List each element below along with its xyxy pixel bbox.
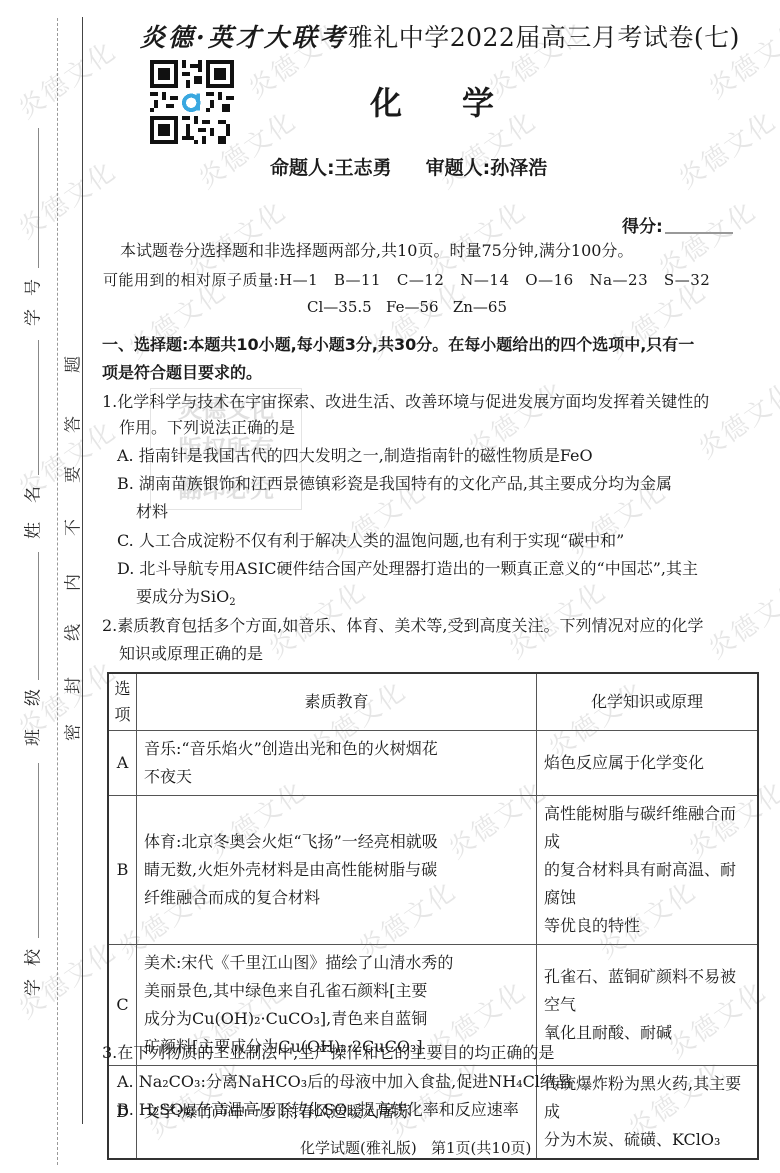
option-d[interactable]: D. 北斗导航专用ASIC硬件结合国产处理器打造出的一颗真正意义的“中国芯”,其…	[117, 561, 698, 577]
cell-line: 睛无数,火炬外壳材料是由高性能树脂与碳	[144, 856, 529, 884]
score-label: 得分:	[622, 217, 663, 237]
score-blank[interactable]	[665, 232, 733, 234]
stem-text: 化学科学与技术在宇宙探索、改进生活、改善环境与促进发展方面均发挥着关键性的	[117, 392, 709, 411]
watermark: 炎德文化	[670, 101, 780, 196]
option-d-cont: 要成分为SiO2	[136, 589, 236, 605]
cell-line: 体育:北京冬奥会火炬“飞扬”一经亮相就吸	[144, 828, 529, 856]
author: 命题人:王志勇	[270, 157, 392, 179]
stem-text: 在下列物质的工业制法中,生产操作和它的主要目的均正确的是	[117, 1043, 554, 1062]
seal-char: 线	[59, 622, 84, 644]
subject-title: 化学	[370, 78, 554, 124]
table-header-row: 选项 素质教育 化学知识或原理	[108, 673, 758, 731]
exam-name: 雅礼中学2022届高三月考试卷(七)	[348, 23, 740, 52]
option-c[interactable]: C. 人工合成淀粉不仅有利于解决人类的温饱问题,也有利于实现“碳中和”	[117, 533, 624, 549]
education-cell: 音乐:“音乐焰火”创造出光和色的火树烟花不夜天	[137, 731, 537, 796]
cell-line: 美丽景色,其中绿色来自孔雀石颜料[主要	[144, 977, 529, 1005]
class-label-char: 级	[19, 687, 44, 709]
option-a[interactable]: A. 指南针是我国古代的四大发明之一,制造指南针的磁性物质是FeO	[117, 448, 593, 464]
seal-char: 内	[59, 572, 84, 594]
atomic-mass-label: 可能用到的相对原子质量:	[103, 271, 279, 289]
principle-cell: 焰色反应属于化学变化	[537, 731, 759, 796]
cell-line: 高性能树脂与碳纤维融合而成	[544, 800, 750, 856]
watermark: 炎德文化	[690, 371, 780, 466]
question-number: 3.	[102, 1043, 117, 1062]
option-b[interactable]: B. 湖南苗族银饰和江西景德镇彩瓷是我国特有的文化产品,其主要成分均为金属	[117, 476, 672, 492]
option-label: B	[108, 796, 137, 945]
cell-line: 等优良的特性	[544, 912, 750, 940]
brand-name: 炎德·英才大联考	[140, 23, 348, 52]
seal-char: 要	[59, 464, 84, 486]
stem-text: 素质教育包括多个方面,如音乐、体育、美术等,受到高度关注。下列情况对应的化学	[117, 616, 703, 635]
cell-line: 传统爆炸粉为黑火药,其主要成	[544, 1070, 750, 1126]
qr-code-icon[interactable]	[150, 60, 234, 144]
column-header: 素质教育	[137, 673, 537, 731]
section-heading: 一、选择题:本题共10小题,每小题3分,共30分。在每小题给出的四个选项中,只有…	[102, 337, 694, 353]
text: 要成分为SiO	[136, 587, 229, 606]
table-row[interactable]: B 体育:北京冬奥会火炬“飞扬”一经亮相就吸睛无数,火炬外壳材料是由高性能树脂与…	[108, 796, 758, 945]
option-label: A	[108, 731, 137, 796]
school-field-line[interactable]	[38, 763, 39, 938]
cell-line: 音乐:“音乐焰火”创造出光和色的火树烟花	[144, 735, 529, 763]
cell-line: 焰色反应属于化学变化	[544, 749, 750, 777]
reviewer: 审题人:孙泽浩	[426, 157, 548, 179]
question-stem: 3.在下列物质的工业制法中,生产操作和它的主要目的均正确的是	[102, 1045, 554, 1061]
option-a[interactable]: A. Na₂CO₃:分离NaHCO₃后的母液中加入食盐,促进NH₄Cl结晶	[117, 1074, 572, 1090]
question-number: 2.	[102, 616, 117, 635]
seal-char: 题	[59, 354, 84, 376]
seal-char: 答	[59, 414, 84, 436]
watermark: 炎德文化	[10, 151, 123, 246]
watermark: 炎德文化	[700, 571, 780, 666]
cell-line: 的复合材料具有耐高温、耐腐蚀	[544, 856, 750, 912]
seal-char: 封	[59, 675, 84, 697]
option-b[interactable]: B. H₂SO₄:在高温高压下转化SO₂,提高转化率和反应速率	[117, 1102, 519, 1118]
cell-line: 分为木炭、硫磺、KClO₃	[544, 1126, 750, 1154]
cell-line: 孔雀石、蓝铜矿颜料不易被空气	[544, 963, 750, 1019]
seal-char: 不	[59, 517, 84, 539]
score-field: 得分:	[622, 212, 733, 237]
section-heading: 项是符合题目要求的。	[102, 365, 262, 381]
student-id-field-line[interactable]	[38, 128, 39, 268]
authors: 命题人:王志勇审题人:孙泽浩	[270, 153, 547, 180]
atomic-mass-values: H—1 B—11 C—12 N—14 O—16 Na—23 S—32	[279, 271, 710, 289]
question-stem: 知识或原理正确的是	[119, 646, 263, 662]
margin-line	[82, 17, 83, 1124]
cell-line: 成分为Cu(OH)₂·CuCO₃],青色来自蓝铜	[144, 1005, 529, 1033]
cell-line: 氧化且耐酸、耐碱	[544, 1019, 750, 1047]
column-header: 选项	[108, 673, 137, 731]
name-field-line[interactable]	[38, 340, 39, 475]
option-b-cont: 材料	[136, 504, 168, 520]
atomic-mass-values-row2: Cl—35.5 Fe—56 Zn—65	[307, 300, 507, 315]
principle-cell: 孔雀石、蓝铜矿颜料不易被空气氧化且耐酸、耐碱	[537, 945, 759, 1066]
class-label-char: 班	[19, 727, 44, 749]
class-field-line[interactable]	[38, 552, 39, 680]
cell-line: 美术:宋代《千里江山图》描绘了山清水秀的	[144, 949, 529, 977]
student-id-label-char: 学	[19, 307, 44, 329]
question-stem: 1.化学科学与技术在宇宙探索、改进生活、改善环境与促进发展方面均发挥着关键性的	[102, 394, 709, 410]
school-label-char: 学	[19, 977, 44, 999]
name-label-char: 名	[19, 484, 44, 506]
column-header: 化学知识或原理	[537, 673, 759, 731]
watermark: 炎德文化	[10, 31, 123, 126]
education-cell: 体育:北京冬奥会火炬“飞扬”一经亮相就吸睛无数,火炬外壳材料是由高性能树脂与碳纤…	[137, 796, 537, 945]
student-id-label-char: 号	[19, 277, 44, 299]
seal-char: 密	[59, 722, 84, 744]
cell-line: 不夜天	[144, 763, 529, 791]
principle-cell: 高性能树脂与碳纤维融合而成的复合材料具有耐高温、耐腐蚀等优良的特性	[537, 796, 759, 945]
question-number: 1.	[102, 392, 117, 411]
question-stem: 作用。下列说法正确的是	[119, 420, 295, 436]
intro-text: 本试题卷分选择题和非选择题两部分,共10页。时量75分钟,满分100分。	[120, 243, 633, 259]
table-row[interactable]: A 音乐:“音乐焰火”创造出光和色的火树烟花不夜天 焰色反应属于化学变化	[108, 731, 758, 796]
cell-line: 纤维融合而成的复合材料	[144, 884, 529, 912]
school-label-char: 校	[19, 947, 44, 969]
subscript: 2	[229, 597, 235, 608]
atomic-mass-line: 可能用到的相对原子质量:H—1 B—11 C—12 N—14 O—16 Na—2…	[103, 273, 710, 288]
name-label-char: 姓	[19, 520, 44, 542]
exam-title: 炎德·英才大联考雅礼中学2022届高三月考试卷(七)	[140, 18, 740, 54]
question-stem: 2.素质教育包括多个方面,如音乐、体育、美术等,受到高度关注。下列情况对应的化学	[102, 618, 703, 634]
page-footer: 化学试题(雅礼版) 第1页(共10页)	[300, 1137, 531, 1158]
